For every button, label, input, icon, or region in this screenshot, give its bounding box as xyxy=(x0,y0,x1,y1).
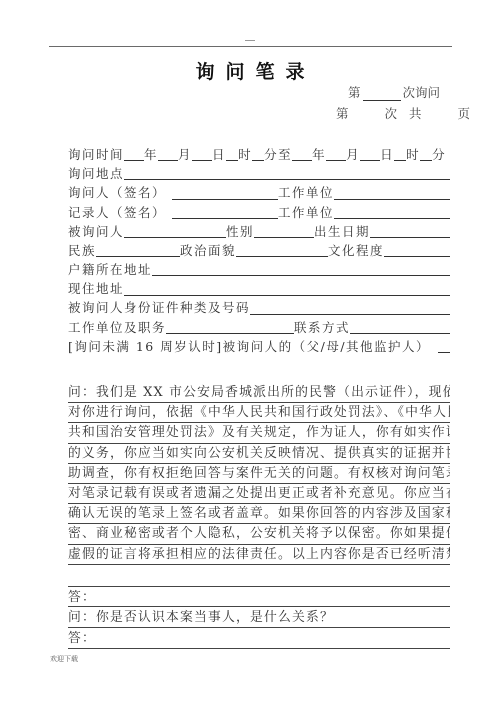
page-count-ye: 页 xyxy=(457,104,470,122)
recorder-label: 记录人（签名） xyxy=(68,203,166,222)
blank-answer-line[interactable] xyxy=(68,566,450,587)
statement-line: 确认无误的笔录上签名或者盖章。如果你回答的内容涉及国家秘 xyxy=(68,504,450,524)
gender-field[interactable] xyxy=(254,223,314,238)
page-count-gong: 共 xyxy=(409,104,422,122)
page-count: 第 次 共 页 xyxy=(336,104,470,122)
unit-month: 月 xyxy=(178,145,192,164)
job-field[interactable] xyxy=(166,319,294,334)
current-address-row: 现住地址 xyxy=(68,279,450,298)
end-hour-field[interactable] xyxy=(394,146,406,161)
interviewer-label: 询问人（签名） xyxy=(68,183,166,202)
count-blank[interactable] xyxy=(363,88,401,101)
ethnicity-label: 民族 xyxy=(68,241,96,260)
current-address-field[interactable] xyxy=(124,281,450,296)
statement-line: 助调查，你有权拒绝回答与案件无关的问题。有权核对询问笔录， xyxy=(68,464,450,484)
statement-line: 对你进行询问，依据《中华人民共和国行政处罚法》、《中华人民 xyxy=(68,403,450,423)
contact-field[interactable] xyxy=(350,319,450,334)
statement-line: 密、商业秘密或者个人隐私，公安机关将予以保密。你如果提供 xyxy=(68,524,450,544)
end-day-field[interactable] xyxy=(360,146,380,161)
page-count-ci: 次 xyxy=(384,104,397,122)
end-minute-field[interactable] xyxy=(420,146,432,161)
statement-line: 问：我们是 XX 市公安局香城派出所的民警（出示证件），现依法 xyxy=(68,383,450,403)
end-year-field[interactable] xyxy=(292,146,312,161)
recorder-row: 记录人（签名） 工作单位 xyxy=(68,203,450,222)
guardian-label: [询问未满 16 周岁认时]被询问人的（父/母/其他监护人） xyxy=(68,337,430,356)
page-count-di: 第 xyxy=(336,104,349,122)
guardian-field[interactable] xyxy=(438,338,450,353)
answer-line[interactable]: 答： xyxy=(68,628,450,649)
start-hour-field[interactable] xyxy=(226,146,238,161)
question-line: 问：你是否认识本案当事人，是什么关系？ xyxy=(68,607,450,628)
header-rule xyxy=(49,46,452,47)
ethnicity-row: 民族 政治面貌 文化程度 xyxy=(68,241,450,260)
job-label: 工作单位及职务 xyxy=(68,318,166,337)
household-address-field[interactable] xyxy=(152,261,450,276)
start-month-field[interactable] xyxy=(158,146,178,161)
current-address-label: 现住地址 xyxy=(68,279,124,298)
interviewer-row: 询问人（签名） 工作单位 xyxy=(68,183,450,202)
unit-hour: 时 xyxy=(406,145,420,164)
household-address-row: 户籍所在地址 xyxy=(68,260,450,279)
start-minute-field[interactable] xyxy=(252,146,264,161)
statement-block: 问：我们是 XX 市公安局香城派出所的民警（出示证件），现依法 对你进行询问，依… xyxy=(68,383,450,565)
document-title: 询问笔录 xyxy=(0,57,500,84)
unit-hour: 时 xyxy=(238,145,252,164)
statement-line: 的义务，你应当如实向公安机关反映情况、提供真实的证据并协 xyxy=(68,444,450,464)
start-year-field[interactable] xyxy=(124,146,144,161)
footer-text: 欢迎下载 xyxy=(50,654,78,664)
answer-line[interactable]: 答： xyxy=(68,587,450,608)
unit-year: 年 xyxy=(312,145,326,164)
education-field[interactable] xyxy=(384,242,450,257)
birth-date-field[interactable] xyxy=(370,223,450,238)
id-document-row: 被询问人身份证件种类及号码 xyxy=(68,299,450,318)
ethnicity-field[interactable] xyxy=(96,242,180,257)
unit-day: 日 xyxy=(212,145,226,164)
unit-year: 年 xyxy=(144,145,158,164)
interview-time-label: 询问时间 xyxy=(68,145,124,164)
header-mark xyxy=(245,40,255,41)
id-document-label: 被询问人身份证件种类及号码 xyxy=(68,298,250,317)
qa-block: 答： 问：你是否认识本案当事人，是什么关系？ 答： xyxy=(68,566,450,649)
interview-time-row: 询问时间 年 月 日 时 分至 年 月 日 时 分 xyxy=(68,145,450,164)
household-address-label: 户籍所在地址 xyxy=(68,260,152,279)
interview-place-row: 询问地点 xyxy=(68,164,450,183)
interview-place-label: 询问地点 xyxy=(68,164,124,183)
unit-minute-to: 分至 xyxy=(264,145,292,164)
end-month-field[interactable] xyxy=(326,146,346,161)
contact-label: 联系方式 xyxy=(294,318,350,337)
interviewee-label: 被询问人 xyxy=(68,222,124,241)
birth-date-label: 出生日期 xyxy=(314,222,370,241)
gender-label: 性别 xyxy=(226,222,254,241)
unit-day: 日 xyxy=(380,145,394,164)
interview-form: 询问时间 年 月 日 时 分至 年 月 日 时 分 询问地点 询问人（签名） 工… xyxy=(68,145,450,356)
interviewer-work-unit-field[interactable] xyxy=(334,185,450,200)
count-prefix: 第 xyxy=(348,85,361,100)
interview-count: 第次询问 xyxy=(348,83,440,101)
interviewer-work-unit-label: 工作单位 xyxy=(278,183,334,202)
unit-month: 月 xyxy=(346,145,360,164)
unit-minute: 分 xyxy=(432,145,446,164)
interviewee-row: 被询问人 性别 出生日期 xyxy=(68,222,450,241)
statement-line: 共和国治安管理处罚法》及有关规定，作为证人，你有如实作证 xyxy=(68,423,450,443)
start-day-field[interactable] xyxy=(192,146,212,161)
political-status-label: 政治面貌 xyxy=(180,241,236,260)
recorder-work-unit-field[interactable] xyxy=(334,204,450,219)
recorder-signature-field[interactable] xyxy=(172,204,278,219)
count-suffix: 次询问 xyxy=(403,85,441,100)
political-status-field[interactable] xyxy=(236,242,328,257)
statement-line: 对笔录记载有误或者遗漏之处提出更正或者补充意见。你应当在 xyxy=(68,484,450,504)
guardian-row: [询问未满 16 周岁认时]被询问人的（父/母/其他监护人） xyxy=(68,337,450,356)
id-document-field[interactable] xyxy=(250,300,450,315)
recorder-work-unit-label: 工作单位 xyxy=(278,203,334,222)
interview-place-field[interactable] xyxy=(124,165,450,180)
job-row: 工作单位及职务 联系方式 xyxy=(68,318,450,337)
education-label: 文化程度 xyxy=(328,241,384,260)
interviewee-name-field[interactable] xyxy=(124,223,226,238)
interviewer-signature-field[interactable] xyxy=(172,185,278,200)
statement-line: 虚假的证言将承担相应的法律责任。以上内容你是否已经听清楚？ xyxy=(68,545,450,565)
